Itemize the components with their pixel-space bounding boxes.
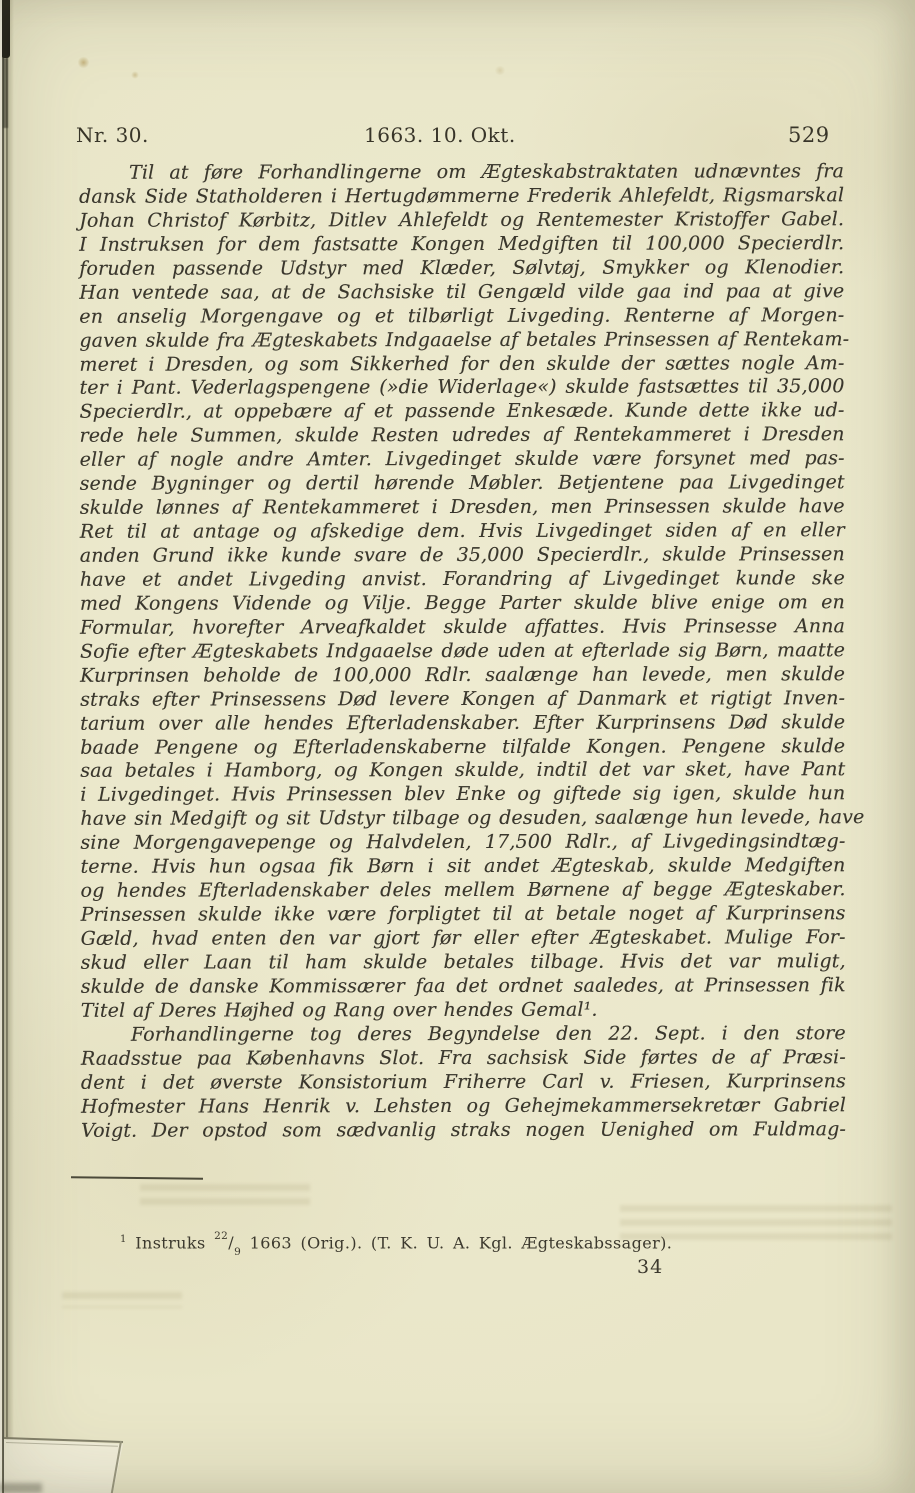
text-line: med Kongens Vidende og Vilje. Begge Part…	[80, 591, 845, 617]
footnote-date-fraction: 22/9	[214, 1233, 241, 1252]
binding-edge-dark-mark	[2, 0, 10, 58]
text-line: Forhandlingerne tog deres Begyndelse den…	[81, 1022, 846, 1048]
text-line: have et andet Livgeding anvist. Forandri…	[80, 567, 845, 593]
text-line: dansk Side Statholderen i Hertugdømmerne…	[79, 184, 844, 210]
text-line: tarium over alle hendes Efterladenskaber…	[80, 711, 845, 737]
text-line: Voigt. Der opstod som sædvanlig straks n…	[81, 1118, 846, 1144]
text-line: Kurprinsen beholde de 100,000 Rdlr. saal…	[80, 663, 845, 689]
signature-number: 34	[637, 1256, 663, 1278]
page-number: 529	[788, 123, 830, 147]
text-line: ter i Pant. Vederlagspengene (»die Wider…	[79, 376, 844, 402]
text-line: Titel af Deres Højhed og Rang over hende…	[81, 998, 846, 1024]
text-line: Sofie efter Ægteskabets Indgaaelse døde …	[80, 639, 845, 665]
text-line: skud eller Laan til ham skulde betales t…	[81, 950, 846, 976]
date-heading: 1663. 10. Okt.	[364, 123, 516, 147]
text-line: Specierdlr., at oppebære af et passende …	[79, 400, 844, 426]
text-line: Raadsstue paa Københavns Slot. Fra sachs…	[81, 1046, 846, 1072]
text-line: Gæld, hvad enten den var gjort før eller…	[81, 926, 846, 952]
binding-edge-dark-mark	[3, 58, 8, 128]
text-line: Johan Christof Kørbitz, Ditlev Ahlefeldt…	[79, 208, 844, 234]
text-line: Formular, hvorefter Arveafkaldet skulde …	[80, 615, 845, 641]
text-line: rede hele Summen, skulde Resten udredes …	[80, 424, 845, 450]
text-line: Prinsessen skulde ikke være forpligtet t…	[81, 902, 846, 928]
text-line: meret i Dresden, og som Sikkerhed for de…	[79, 352, 844, 378]
text-line: Til at føre Forhandlingerne om Ægteskabs…	[79, 160, 844, 186]
entry-number: Nr. 30.	[76, 123, 149, 147]
text-line: I Instruksen for dem fastsatte Kongen Me…	[79, 232, 844, 258]
text-line: anden Grund ikke kunde svare de 35,000 S…	[80, 543, 845, 569]
text-line: sine Morgengavepenge og Halvdelen, 17,50…	[80, 830, 845, 856]
footnote-marker: 1	[120, 1234, 127, 1245]
text-line: og hendes Efterladenskaber deles mellem …	[80, 878, 845, 904]
body-text: Til at føre Forhandlingerne om Ægteskabs…	[79, 160, 846, 1143]
text-line: dent i det øverste Konsistorium Friherre…	[81, 1070, 846, 1096]
text-line: straks efter Prinsessens Død levere Kong…	[80, 687, 845, 713]
text-line: Han ventede saa, at de Sachsiske til Gen…	[79, 280, 844, 306]
text-line: gaven skulde fra Ægteskabets Indgaaelse …	[79, 328, 844, 354]
text-line: Ret til at antage og afskedige dem. Hvis…	[80, 519, 845, 545]
text-line: sende Bygninger og dertil hørende Møbler…	[80, 471, 845, 497]
footnote-rest: 1663 (Orig.). (T. K. U. A. Kgl. Ægteskab…	[250, 1233, 673, 1252]
text-line: skulde lønnes af Rentekammeret i Dresden…	[80, 495, 845, 521]
text-line: foruden passende Udstyr med Klæder, Sølv…	[79, 256, 844, 282]
text-line: i Livgedinget. Hvis Prinsessen blev Enke…	[80, 783, 845, 809]
text-line: baade Pengene og Efterladenskaberne tilf…	[80, 735, 845, 761]
text-line: eller af nogle andre Amter. Livgedinget …	[80, 447, 845, 473]
corner-shadow	[0, 1483, 42, 1493]
binding-edge	[0, 0, 14, 1493]
text-line: skulde de danske Kommissærer faa det ord…	[81, 974, 846, 1000]
scanned-book-page: { "header": { "entry_number": "Nr. 30.",…	[0, 0, 915, 1493]
footnote: 1 Instruks 22/9 1663 (Orig.). (T. K. U. …	[120, 1233, 672, 1256]
text-line: en anselig Morgengave og et tilbørligt L…	[79, 304, 844, 330]
text-line: have sin Medgift og sit Udstyr tilbage o…	[80, 807, 845, 833]
text-line: saa betales i Hamborg, og Kongen skulde,…	[80, 759, 845, 785]
text-line: terne. Hvis hun ogsaa fik Børn i sit and…	[80, 854, 845, 880]
footnote-word: Instruks	[135, 1233, 205, 1252]
text-line: Hofmester Hans Henrik v. Lehsten og Gehe…	[81, 1094, 846, 1120]
